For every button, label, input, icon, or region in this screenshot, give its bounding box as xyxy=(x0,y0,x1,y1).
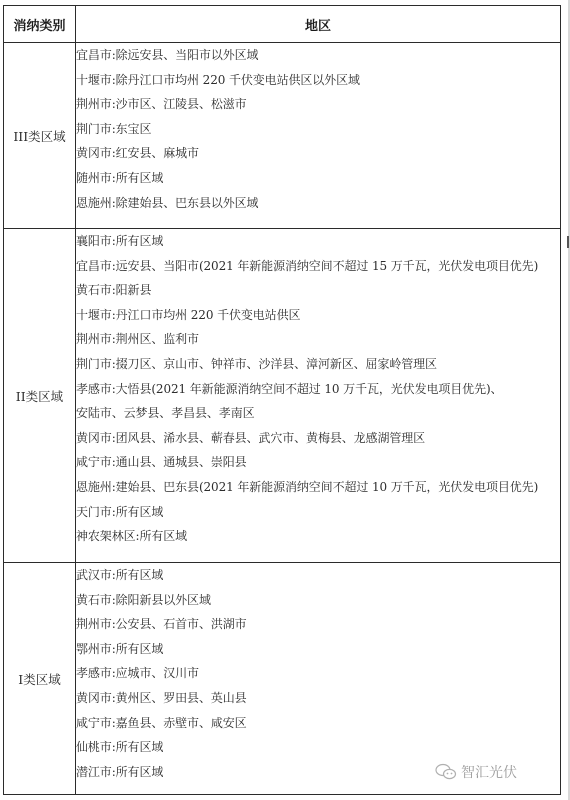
region-line: 荆门市:东宝区 xyxy=(76,117,560,142)
region-line: 黄冈市:红安县、麻城市 xyxy=(76,141,560,166)
regions-cell: 宜昌市:除远安县、当阳市以外区域 十堰市:除丹江口市均州 220 千伏变电站供区… xyxy=(76,43,561,229)
region-line: 仙桃市:所有区域 xyxy=(76,735,560,760)
region-line: 随州市:所有区域 xyxy=(76,166,560,191)
region-line: 咸宁市:通山县、通城县、崇阳县 xyxy=(76,450,560,475)
region-line: 十堰市:丹江口市均州 220 千伏变电站供区 xyxy=(76,303,560,328)
scrollbar-thumb[interactable] xyxy=(567,236,569,248)
watermark: 智汇光伏 xyxy=(435,762,517,782)
region-line: 孝感市:大悟县(2021 年新能源消纳空间不超过 10 万千瓦，光伏发电项目优先… xyxy=(76,377,560,402)
wechat-icon xyxy=(435,763,457,781)
consumption-region-table: 消纳类别 地区 III类区域 宜昌市:除远安县、当阳市以外区域 十堰市:除丹江口… xyxy=(3,5,561,795)
region-line: 宜昌市:除远安县、当阳市以外区域 xyxy=(76,43,560,68)
table-row-class-iii: III类区域 宜昌市:除远安县、当阳市以外区域 十堰市:除丹江口市均州 220 … xyxy=(4,43,561,229)
header-region: 地区 xyxy=(76,6,561,43)
region-line: 黄冈市:黄州区、罗田县、英山县 xyxy=(76,686,560,711)
region-line: 荆州市:公安县、石首市、洪湖市 xyxy=(76,612,560,637)
region-line: 宜昌市:远安县、当阳市(2021 年新能源消纳空间不超过 15 万千瓦，光伏发电… xyxy=(76,254,560,279)
category-cell: II类区域 xyxy=(4,229,76,563)
region-line: 咸宁市:嘉鱼县、赤壁市、咸安区 xyxy=(76,711,560,736)
region-line: 孝感市:应城市、汉川市 xyxy=(76,661,560,686)
regions-cell: 襄阳市:所有区域 宜昌市:远安县、当阳市(2021 年新能源消纳空间不超过 15… xyxy=(76,229,561,563)
region-line: 荆门市:掇刀区、京山市、钟祥市、沙洋县、漳河新区、屈家岭管理区 xyxy=(76,352,560,377)
table-header-row: 消纳类别 地区 xyxy=(4,6,561,43)
region-line: 武汉市:所有区域 xyxy=(76,563,560,588)
table-row-class-i: I类区域 武汉市:所有区域 黄石市:除阳新县以外区域 荆州市:公安县、石首市、洪… xyxy=(4,563,561,795)
region-line: 恩施州:除建始县、巴东县以外区域 xyxy=(76,191,560,216)
regions-cell: 武汉市:所有区域 黄石市:除阳新县以外区域 荆州市:公安县、石首市、洪湖市 鄂州… xyxy=(76,563,561,795)
region-line: 襄阳市:所有区域 xyxy=(76,229,560,254)
watermark-text: 智汇光伏 xyxy=(461,762,517,782)
region-line: 黄冈市:团风县、浠水县、蕲春县、武穴市、黄梅县、龙感湖管理区 xyxy=(76,426,560,451)
category-cell: III类区域 xyxy=(4,43,76,229)
region-line: 荆州市:沙市区、江陵县、松滋市 xyxy=(76,92,560,117)
region-line: 鄂州市:所有区域 xyxy=(76,637,560,662)
region-line: 神农架林区:所有区域 xyxy=(76,524,560,549)
table-row-class-ii: II类区域 襄阳市:所有区域 宜昌市:远安县、当阳市(2021 年新能源消纳空间… xyxy=(4,229,561,563)
region-line: 天门市:所有区域 xyxy=(76,500,560,525)
region-line: 黄石市:除阳新县以外区域 xyxy=(76,588,560,613)
header-category: 消纳类别 xyxy=(4,6,76,43)
region-line: 黄石市:阳新县 xyxy=(76,278,560,303)
region-line: 荆州市:荆州区、监利市 xyxy=(76,327,560,352)
region-line: 安陆市、云梦县、孝昌县、孝南区 xyxy=(76,401,560,426)
category-cell: I类区域 xyxy=(4,563,76,795)
region-line: 恩施州:建始县、巴东县(2021 年新能源消纳空间不超过 10 万千瓦，光伏发电… xyxy=(76,475,560,500)
region-line: 十堰市:除丹江口市均州 220 千伏变电站供区以外区域 xyxy=(76,68,560,93)
